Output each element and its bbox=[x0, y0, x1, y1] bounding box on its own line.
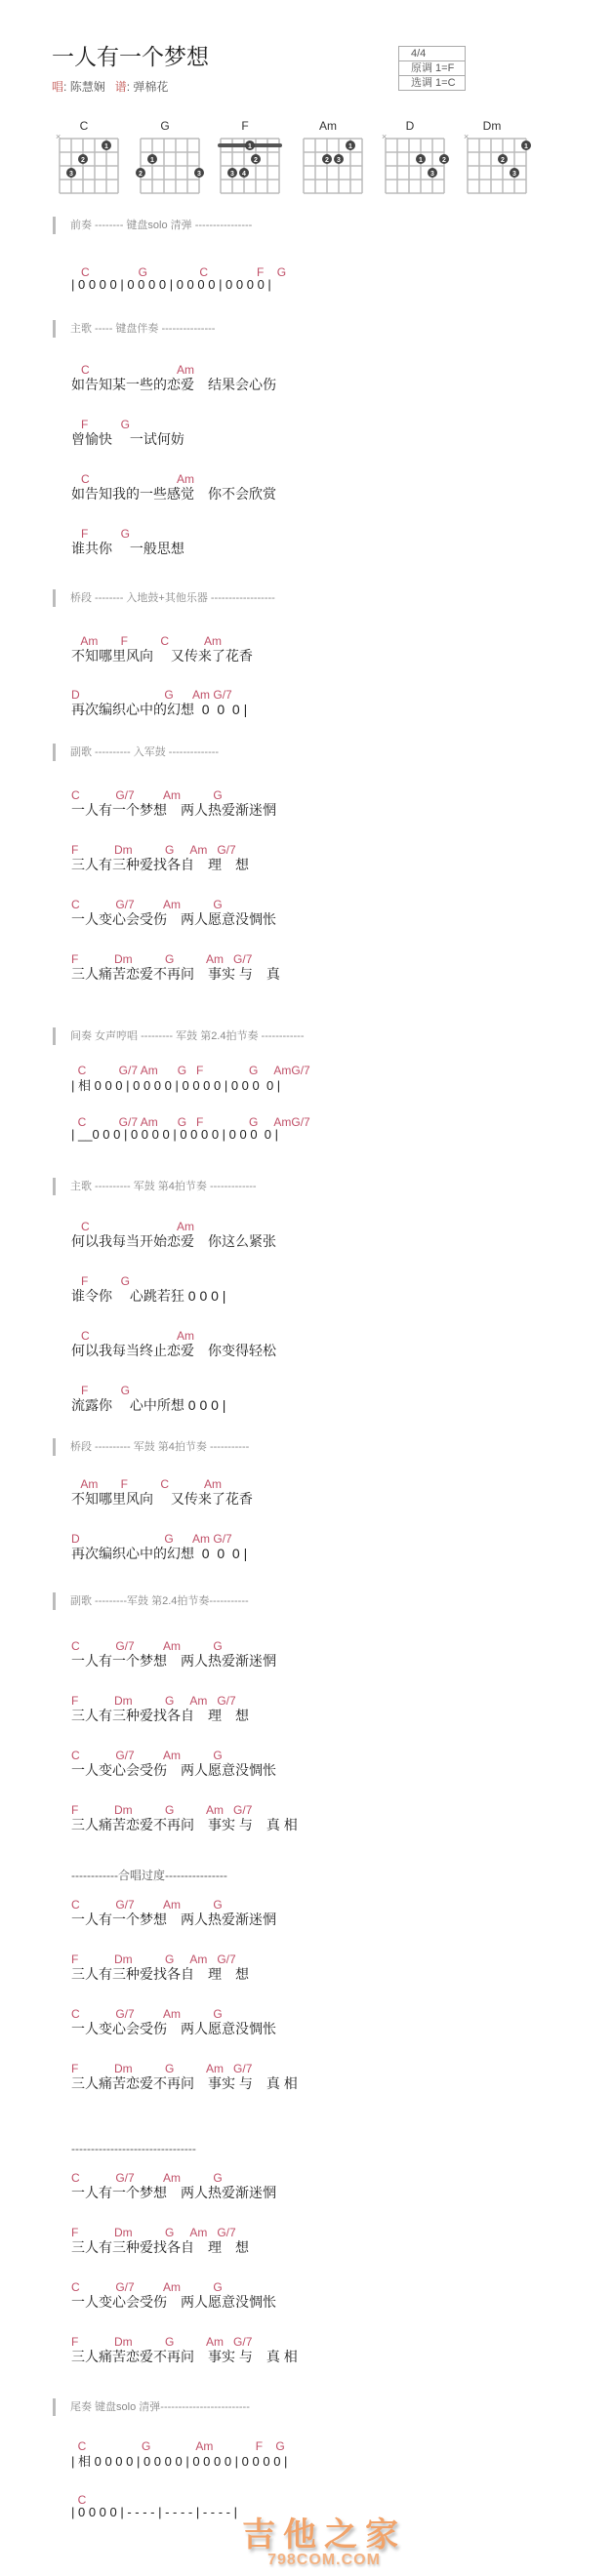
lyrics: 三人痛苦恋爱不再问 事实 与 真 相 bbox=[71, 1815, 298, 1834]
lyrics: 三人痛苦恋爱不再问 事实 与 真 相 bbox=[71, 2073, 298, 2093]
beat-notation: | __0 0 0 | 0 0 0 0 | 0 0 0 0 | 0 0 0 0 … bbox=[71, 1127, 278, 1142]
fretboard-icon: ×123 bbox=[54, 131, 124, 199]
svg-text:3: 3 bbox=[197, 171, 201, 178]
lyrics: 一人有一个梦想 两人热爱渐迷惘 bbox=[71, 2183, 276, 2202]
arranger-label: 谱 bbox=[115, 80, 127, 94]
original-key: 原调 1=F bbox=[399, 60, 465, 75]
svg-text:2: 2 bbox=[442, 157, 446, 164]
svg-text:2: 2 bbox=[254, 157, 258, 164]
section-header: 主歌 ----- 键盘伴奏 --------------- bbox=[53, 322, 215, 336]
lyrics: 谁共你 一般思想 bbox=[71, 539, 184, 558]
song-credits: 唱: 陈慧娴谱: 弹棉花 bbox=[52, 78, 168, 95]
beat-notation: | 0 0 0 0 | 0 0 0 0 | 0 0 0 0 | 0 0 0 0 … bbox=[71, 277, 271, 292]
lyrics: 一人变心会受伤 两人愿意没惆怅 bbox=[71, 909, 276, 929]
song-title: 一人有一个梦想 bbox=[52, 39, 209, 71]
lyrics: 再次编织心中的幻想 0 0 0 | bbox=[71, 700, 247, 719]
lyrics: 三人有三种爱找各自 理 想 bbox=[71, 1706, 249, 1725]
svg-text:×: × bbox=[382, 132, 387, 141]
section-header: 副歌 ---------- 入军鼓 -------------- bbox=[53, 745, 219, 759]
section-header: 副歌 ---------军鼓 第2.4拍节奏----------- bbox=[53, 1594, 249, 1608]
section-header: 主歌 ---------- 军鼓 第4拍节奏 ------------- bbox=[53, 1180, 257, 1193]
arranger-name: 弹棉花 bbox=[133, 80, 168, 94]
time-signature: 4/4 bbox=[399, 47, 465, 60]
fretboard-icon: 2341 bbox=[215, 131, 285, 199]
chord-diagram-d: D×123 bbox=[380, 119, 440, 187]
chord-diagram-g: G123 bbox=[135, 119, 195, 187]
selected-key: 选调 1=C bbox=[399, 75, 465, 90]
lyrics: 三人有三种爱找各自 理 想 bbox=[71, 1964, 249, 1984]
lyrics: 曾愉快 一试何妨 bbox=[71, 429, 184, 449]
lyrics: 一人变心会受伤 两人愿意没惆怅 bbox=[71, 2019, 276, 2038]
svg-text:1: 1 bbox=[524, 143, 528, 150]
svg-text:2: 2 bbox=[139, 171, 143, 178]
lyrics: 一人有一个梦想 两人热爱渐迷惘 bbox=[71, 1910, 276, 1929]
lyrics: 如告知某一些的恋爱 结果会心伤 bbox=[71, 375, 276, 394]
fretboard-icon: 123 bbox=[298, 131, 368, 199]
lyrics: 不知哪里风向 又传来了花香 bbox=[71, 1489, 253, 1509]
section-header: 尾奏 键盘solo 清弹------------------------- bbox=[53, 2400, 250, 2414]
lyrics: 三人痛苦恋爱不再问 事实 与 真 相 bbox=[71, 2347, 298, 2366]
chord-diagram-dm: Dm×123 bbox=[462, 119, 522, 187]
svg-text:3: 3 bbox=[230, 171, 234, 178]
beat-notation: | 相 0 0 0 0 | 0 0 0 0 | 0 0 0 0 | 0 0 0 … bbox=[71, 2451, 287, 2470]
lyrics: 如告知我的一些感觉 你不会欣赏 bbox=[71, 484, 276, 503]
chord-diagram-f: F2341 bbox=[215, 119, 275, 187]
section-header: ------------合唱过度---------------- bbox=[71, 1867, 227, 1883]
section-header: 桥段 ---------- 军鼓 第4拍节奏 ----------- bbox=[53, 1440, 249, 1454]
svg-text:1: 1 bbox=[104, 143, 108, 150]
fretboard-icon: 123 bbox=[135, 131, 205, 199]
lyrics: 三人有三种爱找各自 理 想 bbox=[71, 855, 249, 874]
chord-diagram-c: C×123 bbox=[54, 119, 114, 187]
fretboard-icon: ×123 bbox=[462, 131, 532, 199]
lyrics: 何以我每当开始恋爱 你这么紧张 bbox=[71, 1231, 276, 1251]
lyrics: 谁令你 心跳若狂 0 0 0 | bbox=[71, 1286, 225, 1306]
section-header: 间奏 女声哼唱 --------- 军鼓 第2.4拍节奏 -----------… bbox=[53, 1029, 305, 1043]
lyrics: 一人变心会受伤 两人愿意没惆怅 bbox=[71, 2292, 276, 2312]
chord-diagram-am: Am123 bbox=[298, 119, 358, 187]
singer-label: 唱 bbox=[52, 80, 63, 94]
lyrics: 再次编织心中的幻想 0 0 0 | bbox=[71, 1544, 247, 1563]
beat-notation: | 相 0 0 0 | 0 0 0 0 | 0 0 0 0 | 0 0 0 0 … bbox=[71, 1075, 280, 1094]
svg-text:×: × bbox=[56, 132, 61, 141]
fretboard-icon: ×123 bbox=[380, 131, 450, 199]
lyrics: 何以我每当终止恋爱 你变得轻松 bbox=[71, 1341, 276, 1360]
lyrics: 一人变心会受伤 两人愿意没惆怅 bbox=[71, 1760, 276, 1780]
section-header: 桥段 -------- 入地鼓+其他乐器 ------------------ bbox=[53, 591, 275, 605]
section-header: -------------------------------- bbox=[71, 2142, 196, 2155]
lyrics: 三人有三种爱找各自 理 想 bbox=[71, 2237, 249, 2257]
svg-text:1: 1 bbox=[348, 143, 352, 150]
lyrics: 不知哪里风向 又传来了花香 bbox=[71, 646, 253, 665]
svg-text:2: 2 bbox=[501, 157, 505, 164]
svg-text:2: 2 bbox=[325, 157, 329, 164]
lyrics: 一人有一个梦想 两人热爱渐迷惘 bbox=[71, 1651, 276, 1670]
svg-text:1: 1 bbox=[419, 157, 423, 164]
singer-name: 陈慧娴 bbox=[70, 80, 105, 94]
svg-text:3: 3 bbox=[337, 157, 341, 164]
lyrics: 一人有一个梦想 两人热爱渐迷惘 bbox=[71, 800, 276, 820]
lyrics: 流露你 心中所想 0 0 0 | bbox=[71, 1395, 225, 1415]
svg-text:3: 3 bbox=[512, 171, 516, 178]
svg-text:1: 1 bbox=[150, 157, 154, 164]
beat-notation: | 0 0 0 0 | - - - - | - - - - | - - - - … bbox=[71, 2505, 237, 2519]
svg-text:3: 3 bbox=[430, 171, 434, 178]
svg-text:1: 1 bbox=[248, 143, 252, 150]
lyrics: 三人痛苦恋爱不再问 事实 与 真 bbox=[71, 964, 280, 984]
svg-text:×: × bbox=[464, 132, 469, 141]
svg-text:2: 2 bbox=[81, 157, 85, 164]
key-info-box: 4/4 原调 1=F 选调 1=C bbox=[398, 46, 466, 91]
section-header: 前奏 -------- 键盘solo 清弹 ---------------- bbox=[53, 219, 252, 232]
svg-text:3: 3 bbox=[69, 171, 73, 178]
watermark: 吉他之家 798COM.COM bbox=[242, 2508, 406, 2569]
svg-text:4: 4 bbox=[242, 171, 246, 178]
watermark-cn: 吉他之家 bbox=[242, 2508, 406, 2556]
